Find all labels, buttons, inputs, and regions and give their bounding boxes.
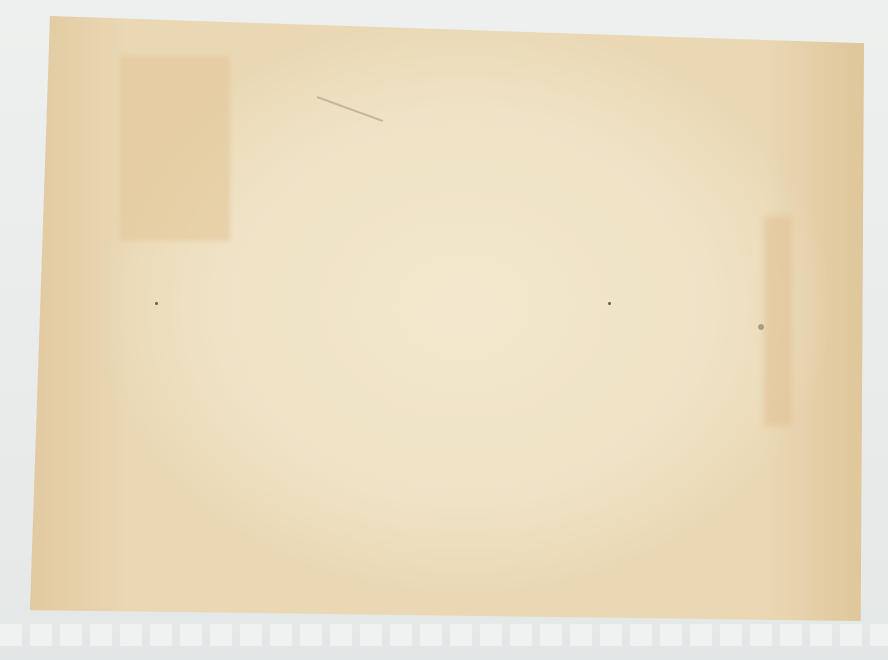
speck bbox=[608, 302, 611, 305]
plastic-sleeve-edge bbox=[0, 624, 888, 646]
card-back bbox=[30, 16, 864, 621]
speck bbox=[155, 302, 158, 305]
water-stain-right bbox=[764, 216, 792, 426]
water-stain-left bbox=[120, 56, 230, 241]
speck bbox=[758, 324, 764, 330]
